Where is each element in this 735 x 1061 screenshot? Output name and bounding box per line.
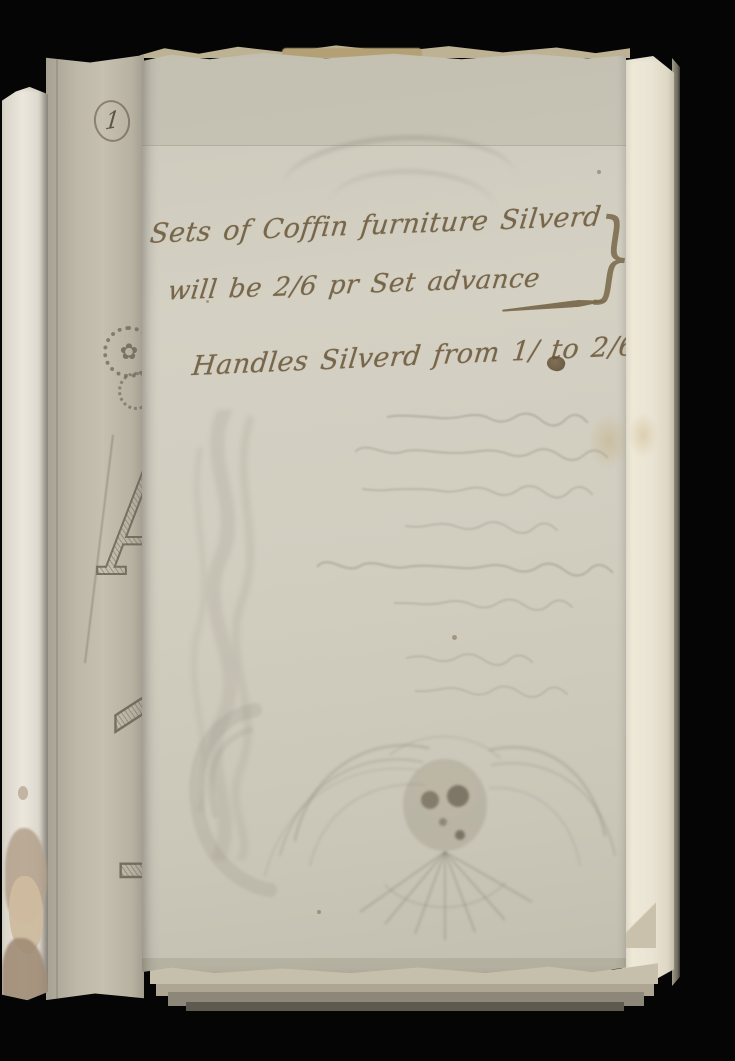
fold-shading [142, 50, 626, 146]
stain [452, 635, 457, 640]
stain [317, 910, 321, 914]
gutter-page: 1 ✿ A 1 [46, 54, 144, 1002]
engraved-ornament-ring: ✿ [103, 326, 144, 378]
brace-mark: } [591, 199, 626, 316]
engraved-numeral-one: 1 [84, 666, 144, 911]
crease-line [56, 54, 58, 1002]
stain [597, 170, 601, 174]
book-cover-edge [2, 86, 48, 1002]
deckle-edge-bottom [186, 1002, 624, 1011]
inscription-line-2: will be 2/6 pr Set advance [166, 263, 542, 306]
skull [403, 759, 487, 851]
wing-right [490, 747, 605, 835]
page-number: 1 [103, 106, 120, 135]
damage-patch [18, 786, 28, 800]
stain [628, 412, 658, 458]
damage-patch [2, 938, 48, 1036]
quatrefoil-ornament: ✿ [120, 340, 138, 365]
flyleaf-edge [622, 56, 674, 986]
photo-stage: 1 ✿ A 1 Sets of Coffin furniture Silverd… [0, 0, 735, 1061]
page-number-circled: 1 [91, 97, 134, 145]
stain [588, 412, 626, 470]
skull-engraving-showthrough [160, 650, 620, 950]
inscription-line-3: Handles Silverd from 1/ to 2/6 dz [191, 329, 626, 382]
engraved-ornament-ring [118, 372, 144, 410]
manuscript-page: Sets of Coffin furniture Silverd will be… [142, 50, 626, 974]
stain [206, 300, 209, 303]
engraved-letter-a: A [98, 460, 144, 593]
